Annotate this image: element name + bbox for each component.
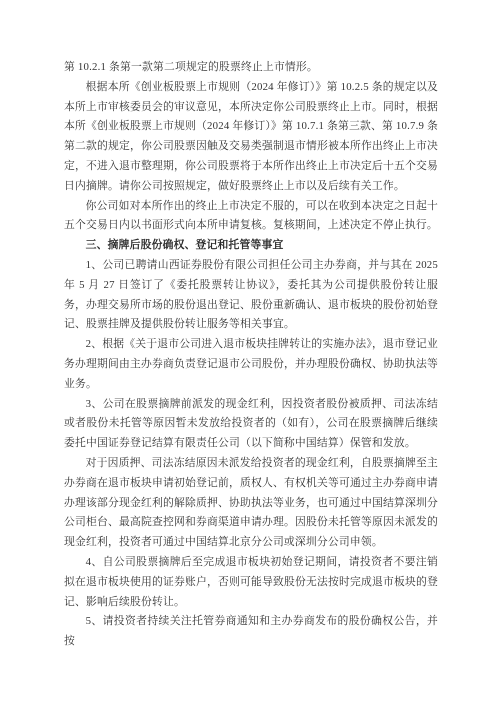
paragraph-item-3: 3、公司在股票摘牌前派发的现金红利，因投资者股份被质押、司法冻结或者股份未托管等… — [64, 395, 438, 454]
paragraph-item-2: 2、根据《关于退市公司进入退市板块挂牌转让的实施办法》，退市登记业务办理期间由主… — [64, 335, 438, 394]
section-heading: 三、摘牌后股份确权、登记和托管等事宜 — [64, 236, 438, 256]
paragraph-review-rights: 你公司如对本所作出的终止上市决定不服的，可以在收到本决定之日起十五个交易日内以书… — [64, 197, 438, 237]
document-page: 第 10.2.1 条第一款第二项规定的股票终止上市情形。 根据本所《创业板股票上… — [0, 0, 500, 707]
paragraph-delisting-decision: 根据本所《创业板股票上市规则（2024 年修订）》第 10.2.5 条的规定以及… — [64, 78, 438, 197]
paragraph-item-4: 4、自公司股票摘牌后至完成退市板块初始登记期间，请投资者不要注销拟在退市板块使用… — [64, 553, 438, 612]
paragraph-dividend-detail: 对于因质押、司法冻结原因未派发给投资者的现金红利，自股票摘牌至主办券商在退市板块… — [64, 454, 438, 553]
paragraph-item-5: 5、请投资者持续关注托管券商通知和主办券商发布的股份确权公告，并按 — [64, 612, 438, 652]
paragraph-item-1: 1、公司已聘请山西证券股份有限公司担任公司主办券商，并与其在 2025 年 5 … — [64, 256, 438, 335]
paragraph-continuation: 第 10.2.1 条第一款第二项规定的股票终止上市情形。 — [64, 58, 438, 78]
